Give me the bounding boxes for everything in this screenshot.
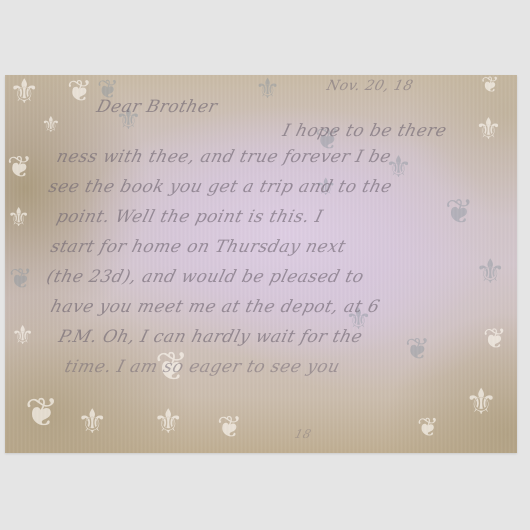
letter-faint-mark: 18 — [293, 427, 313, 441]
damask-ornament-icon: ❦ — [25, 393, 59, 433]
damask-ornament-icon: ⚜ — [255, 75, 280, 103]
damask-ornament-icon: ⚜ — [465, 385, 497, 421]
damask-ornament-icon: ⚜ — [77, 405, 107, 439]
letter-line: I hope to be there — [281, 121, 449, 141]
damask-ornament-icon: ❦ — [483, 325, 506, 353]
damask-ornament-icon: ⚜ — [115, 105, 142, 135]
damask-ornament-icon: ⚜ — [385, 153, 412, 183]
damask-ornament-icon: ❦ — [9, 265, 32, 293]
damask-ornament-icon: ❦ — [315, 125, 340, 155]
damask-ornament-icon: ❦ — [67, 77, 92, 107]
damask-ornament-icon: ⚜ — [9, 75, 39, 109]
letter-line: see the book you get a trip and to the — [47, 177, 395, 197]
vintage-paper: ⚜ ❦ ⚜ ❦ ⚜ ⚜ ❦ ⚜ ❦ ⚜ ❦ ⚜ ❦ ❦ ⚜ ❦ ⚜ ❦ ⚜ ❦ … — [5, 75, 517, 453]
damask-ornament-icon: ❦ — [155, 347, 189, 387]
damask-ornament-icon: ❦ — [481, 75, 499, 97]
letter-salutation: Dear Brother — [95, 97, 220, 117]
damask-ornament-icon: ⚜ — [41, 115, 61, 137]
damask-ornament-icon: ❦ — [445, 195, 474, 229]
damask-ornament-icon: ❦ — [7, 153, 32, 183]
damask-ornament-icon: ⚜ — [315, 175, 337, 199]
letter-line: point. Well the point is this. I — [55, 207, 326, 227]
letter-line: ness with thee, and true forever I be — [55, 147, 394, 167]
damask-ornament-icon: ❦ — [217, 413, 242, 443]
damask-ornament-icon: ⚜ — [153, 405, 183, 439]
letter-line: P.M. Oh, I can hardly wait for the — [57, 327, 365, 347]
damask-ornament-icon: ❦ — [97, 77, 119, 103]
damask-ornament-icon: ⚜ — [11, 323, 34, 349]
damask-ornament-icon: ⚜ — [7, 205, 30, 231]
damask-ornament-icon: ❦ — [405, 335, 430, 365]
letter-date: Nov. 20, 18 — [325, 78, 415, 94]
damask-ornament-icon: ❦ — [417, 415, 439, 441]
letter-line: (the 23d), and would be pleased to — [45, 267, 367, 287]
letter-line: have you meet me at the depot, at 6 — [49, 297, 382, 317]
letter-line: time. I am so eager to see you — [63, 357, 343, 377]
damask-ornament-icon: ⚜ — [345, 305, 372, 335]
damask-ornament-icon: ⚜ — [475, 115, 502, 145]
letter-line: start for home on Thursday next — [49, 237, 349, 257]
damask-ornament-icon: ⚜ — [475, 255, 505, 289]
image-canvas: ⚜ ❦ ⚜ ❦ ⚜ ⚜ ❦ ⚜ ❦ ⚜ ❦ ⚜ ❦ ❦ ⚜ ❦ ⚜ ❦ ⚜ ❦ … — [0, 0, 530, 530]
